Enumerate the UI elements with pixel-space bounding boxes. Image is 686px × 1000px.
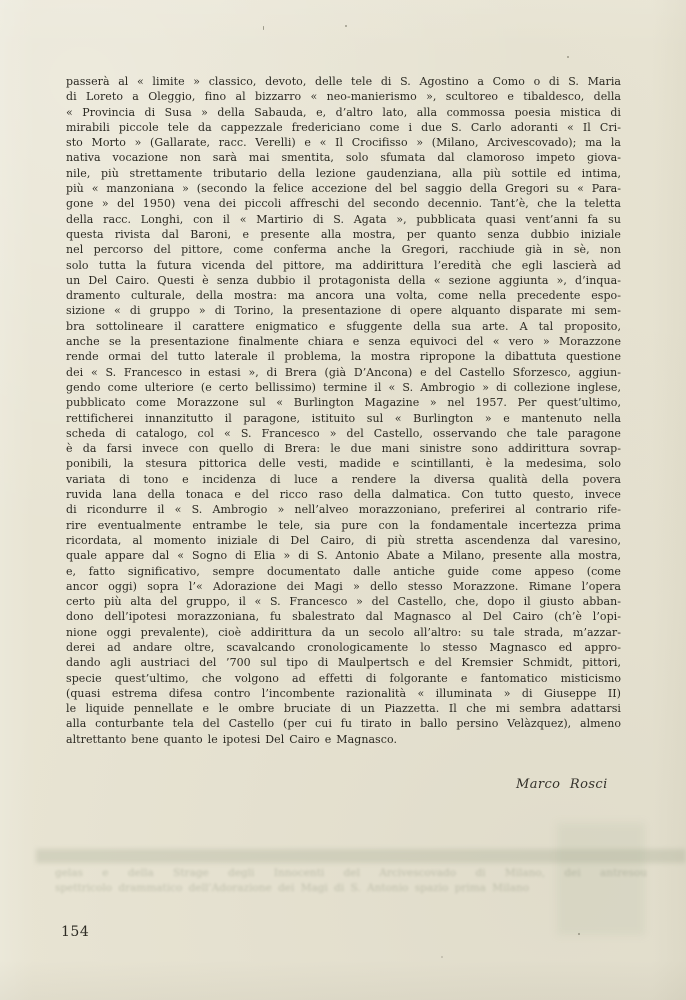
body-text-line: dono dell’ipotesi morazzoniana, fu sbale…: [66, 609, 621, 624]
showthrough-text: gelas e della Strage degli Innocenti del…: [55, 866, 647, 895]
body-text-line: ponibili, la stesura pittorica delle ves…: [66, 456, 621, 471]
body-text-line: gendo come ulteriore (e certo bellissimo…: [66, 380, 621, 395]
body-text-line: anche se la presentazione finalmente chi…: [66, 334, 621, 349]
body-text-line: e, fatto significativo, sempre documenta…: [66, 564, 621, 579]
body-text-line: quale appare dal « Sogno di Elia » di S.…: [66, 548, 621, 563]
page-number: 154: [61, 924, 89, 940]
article-body: passerà al « limite » classico, devoto, …: [66, 74, 621, 747]
body-text-line: sizione « di gruppo » di Torino, la pres…: [66, 303, 621, 318]
body-text-line: rende ormai del tutto laterale il proble…: [66, 349, 621, 364]
body-text-line: gone » del 1950) vena dei piccoli affres…: [66, 196, 621, 211]
dust-speck: [263, 26, 264, 30]
body-text-line: di Loreto a Oleggio, fino al bizzarro « …: [66, 89, 621, 104]
body-text-line: alla conturbante tela del Castello (per …: [66, 716, 621, 731]
body-text-line: solo tutta la futura vicenda del pittore…: [66, 258, 621, 273]
body-text-line: questa rivista dal Baroni, e presente al…: [66, 227, 621, 242]
body-text-line: le liquide pennellate e le ombre bruciat…: [66, 701, 621, 716]
body-text-line: « Provincia di Susa » della Sabauda, e, …: [66, 105, 621, 120]
body-text-line: ricordata, al momento iniziale di Del Ca…: [66, 533, 621, 548]
dust-speck: [578, 933, 580, 935]
body-text-line: nativa vocazione non sarà mai smentita, …: [66, 150, 621, 165]
body-text-line: scheda di catalogo, col « S. Francesco »…: [66, 426, 621, 441]
body-text-line: pubblicato come Morazzone sul « Burlingt…: [66, 395, 621, 410]
body-text-line: di ricondurre il « S. Ambrogio » nell’al…: [66, 502, 621, 517]
body-text-line: altrettanto bene quanto le ipotesi Del C…: [66, 732, 621, 747]
body-text-line: della racc. Longhi, con il « Martirio di…: [66, 212, 621, 227]
scanned-book-page: gelas e della Strage degli Innocenti del…: [0, 0, 686, 1000]
showthrough-line: spettricolo drammatico dell’Adorazione d…: [55, 881, 647, 896]
author-signature: Marco Rosci: [516, 777, 608, 792]
body-text-line: variata di tono e incidenza di luce a re…: [66, 472, 621, 487]
body-text-line: ruvida lana della tonaca e del ricco ras…: [66, 487, 621, 502]
body-text-line: è da farsi invece con quello di Brera: l…: [66, 441, 621, 456]
body-text-line: ancor oggi) sopra l’« Adorazione dei Mag…: [66, 579, 621, 594]
dust-speck: [567, 56, 569, 58]
body-text-line: certo più alta del gruppo, il « S. Franc…: [66, 594, 621, 609]
body-text-line: bra sottolineare il carattere enigmatico…: [66, 319, 621, 334]
body-text-line: mirabili piccole tele da cappezzale fred…: [66, 120, 621, 135]
body-text-line: nel percorso del pittore, come conferma …: [66, 242, 621, 257]
body-text-line: (quasi estrema difesa contro l’incombent…: [66, 686, 621, 701]
body-text-line: nione oggi prevalente), cioè addirittura…: [66, 625, 621, 640]
body-text-line: specie quest’ultimo, che volgono ad effe…: [66, 671, 621, 686]
body-text-line: sto Morto » (Gallarate, racc. Verelli) e…: [66, 135, 621, 150]
body-text-line: rettificherei innanzitutto il paragone, …: [66, 411, 621, 426]
body-text-line: dando agli austriaci del ’700 sul tipo d…: [66, 655, 621, 670]
body-text-line: passerà al « limite » classico, devoto, …: [66, 74, 621, 89]
body-text-line: dramento culturale, della mostra: ma anc…: [66, 288, 621, 303]
dust-speck: [441, 956, 443, 958]
showthrough-band: [36, 849, 686, 863]
body-text-line: dei « S. Francesco in estasi », di Brera…: [66, 365, 621, 380]
body-text-line: un Del Cairo. Questi è senza dubbio il p…: [66, 273, 621, 288]
body-text-line: derei ad andare oltre, scavalcando crono…: [66, 640, 621, 655]
dust-speck: [345, 25, 347, 27]
body-text-line: rire eventualmente entrambe le tele, sia…: [66, 518, 621, 533]
body-text-line: nile, più strettamente tributario della …: [66, 166, 621, 181]
body-text-line: più « manzoniana » (secondo la felice ac…: [66, 181, 621, 196]
showthrough-line: gelas e della Strage degli Innocenti del…: [55, 866, 647, 881]
